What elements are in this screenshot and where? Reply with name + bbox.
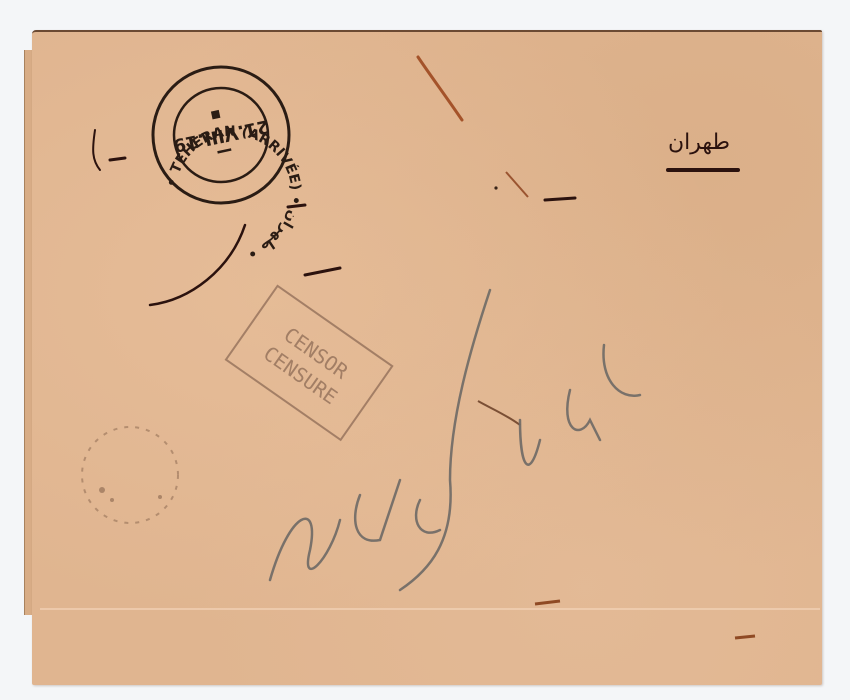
pencil-annotation	[270, 290, 640, 590]
faint-postmark	[82, 427, 178, 523]
address-city: طهران	[668, 130, 730, 155]
envelope-markings: • TEHERAN (ARRIVÉE) • طهران • 21.VIII.19…	[0, 0, 850, 700]
envelope-scene: • TEHERAN (ARRIVÉE) • طهران • 21.VIII.19…	[0, 0, 850, 700]
censor-handstamp: CENSOR CENSURE	[226, 286, 392, 440]
postmark: • TEHERAN (ARRIVÉE) • طهران • 21.VIII.19	[140, 54, 317, 277]
postmark-date: 21.VIII.19	[171, 115, 271, 156]
